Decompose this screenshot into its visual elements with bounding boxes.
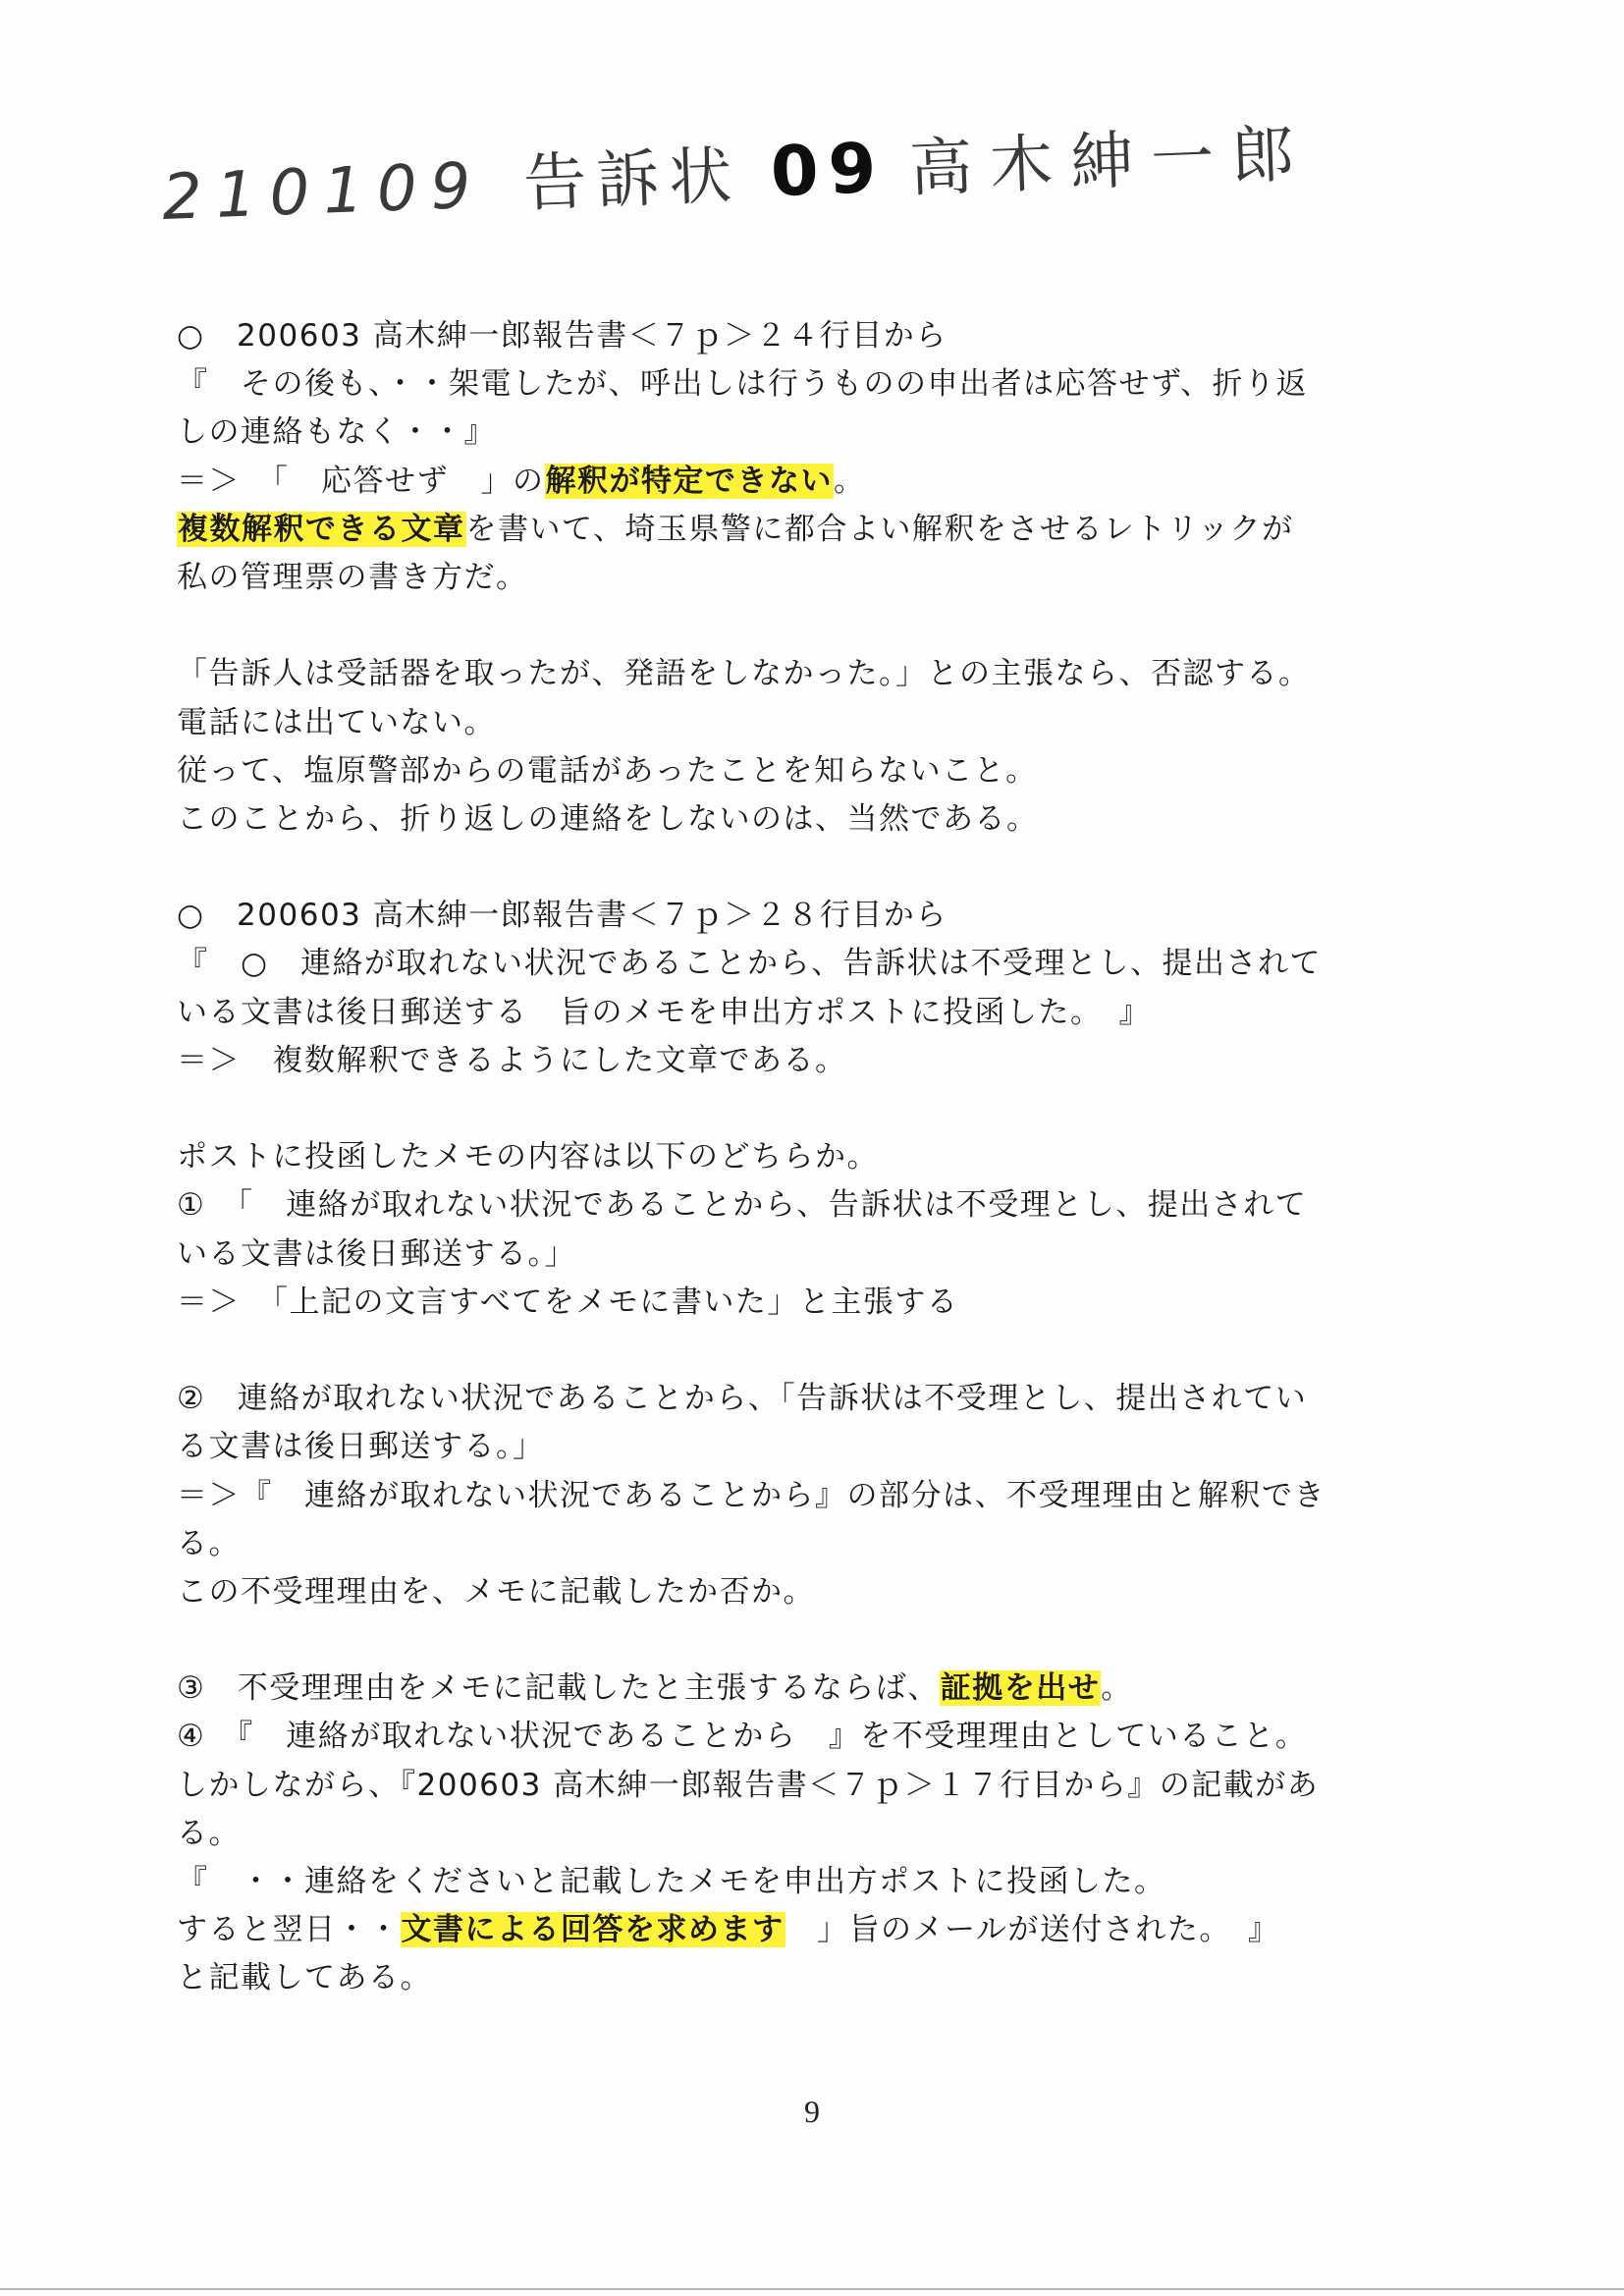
handwritten-title: 210109告訴状09高木紳一郎 bbox=[160, 103, 1313, 238]
text-segment: ○ 200603 高木紳一郎報告書＜７ｐ＞２４行目から bbox=[177, 318, 947, 354]
text-line: 私の管理票の書き方だ。 bbox=[177, 554, 1463, 602]
text-line: 「告訴人は受話器を取ったが、発語をしなかった。」との主張なら、否認する。 bbox=[177, 650, 1463, 698]
text-line: ポストに投函したメモの内容は以下のどちらか。 bbox=[177, 1133, 1463, 1181]
highlighted-text: 証拠を出せ bbox=[940, 1670, 1102, 1706]
text-line: ① 「 連絡が取れない状況であることから、告訴状は不受理とし、提出されて bbox=[177, 1181, 1463, 1230]
text-segment: 。 bbox=[1101, 1670, 1133, 1706]
title-number: 09 bbox=[769, 128, 887, 212]
text-line: この不受理理由を、メモに記載したか否か。 bbox=[177, 1568, 1463, 1616]
text-line: と記載してある。 bbox=[177, 1954, 1463, 2002]
text-segment: しかしながら、『200603 高木紳一郎報告書＜７ｐ＞１７行目から』の記載があ bbox=[177, 1768, 1319, 1803]
blank-line bbox=[177, 1327, 1463, 1375]
text-segment: 。 bbox=[834, 464, 866, 499]
text-segment: このことから、折り返しの連絡をしないのは、当然である。 bbox=[177, 801, 1039, 837]
text-segment: る。 bbox=[177, 1816, 241, 1851]
text-segment: る文書は後日郵送する。」 bbox=[177, 1429, 545, 1464]
document-body: ○ 200603 高木紳一郎報告書＜７ｐ＞２４行目から『 その後も、・・架電した… bbox=[177, 312, 1463, 2003]
title-doc-type: 告訴状 bbox=[522, 139, 743, 220]
blank-line bbox=[177, 1616, 1463, 1665]
text-segment: ＝＞ 「 応答せず 」の bbox=[177, 464, 545, 499]
text-segment: ○ 200603 高木紳一郎報告書＜７ｐ＞２８行目から bbox=[177, 898, 947, 933]
text-segment: 」旨のメールが送付された。 』 bbox=[785, 1912, 1280, 1947]
text-segment: いる文書は後日郵送する。」 bbox=[177, 1236, 576, 1272]
text-line: 電話には出ていない。 bbox=[177, 699, 1463, 747]
text-segment: ④ 『 連絡が取れない状況であることから 』を不受理理由としていること。 bbox=[177, 1719, 1307, 1754]
text-segment: この不受理理由を、メモに記載したか否か。 bbox=[177, 1574, 815, 1610]
text-line: ③ 不受理理由をメモに記載したと主張するならば、証拠を出せ。 bbox=[177, 1665, 1463, 1713]
text-segment: 『 ○ 連絡が取れない状況であることから、告訴状は不受理とし、提出されて bbox=[177, 946, 1322, 981]
text-segment: いる文書は後日郵送する 旨のメモを申出方ポストに投函した。 』 bbox=[177, 995, 1151, 1030]
text-line: ＝＞ 複数解釈できるようにした文章である。 bbox=[177, 1037, 1463, 1085]
scan-edge-line bbox=[0, 2288, 1624, 2290]
text-line: ＝＞ 「上記の文言すべてをメモに書いた」と主張する bbox=[177, 1279, 1463, 1327]
text-line: いる文書は後日郵送する 旨のメモを申出方ポストに投函した。 』 bbox=[177, 989, 1463, 1037]
title-date: 210109 bbox=[161, 149, 486, 235]
highlighted-text: 解釈が特定できない bbox=[545, 464, 835, 499]
text-line: る。 bbox=[177, 1810, 1463, 1858]
text-line: ＝＞ 「 応答せず 」の解釈が特定できない。 bbox=[177, 458, 1463, 506]
text-segment: 従って、塩原警部からの電話があったことを知らないこと。 bbox=[177, 753, 1038, 789]
text-line: る。 bbox=[177, 1520, 1463, 1568]
text-segment: ＝＞ 複数解釈できるようにした文章である。 bbox=[177, 1043, 847, 1078]
text-line: ○ 200603 高木紳一郎報告書＜７ｐ＞２４行目から bbox=[177, 312, 1463, 360]
text-line: 従って、塩原警部からの電話があったことを知らないこと。 bbox=[177, 747, 1463, 795]
text-line: 複数解釈できる文章を書いて、埼玉県警に都合よい解釈をさせるレトリックが bbox=[177, 506, 1463, 554]
blank-line bbox=[177, 1085, 1463, 1133]
text-segment: しの連絡もなく・・』 bbox=[177, 414, 496, 450]
blank-line bbox=[177, 602, 1463, 650]
text-line: ＝＞『 連絡が取れない状況であることから』の部分は、不受理理由と解釈でき bbox=[177, 1472, 1463, 1520]
text-line: しかしながら、『200603 高木紳一郎報告書＜７ｐ＞１７行目から』の記載があ bbox=[177, 1762, 1463, 1810]
document-page: 210109告訴状09高木紳一郎 ○ 200603 高木紳一郎報告書＜７ｐ＞２４… bbox=[0, 0, 1624, 2296]
text-line: しの連絡もなく・・』 bbox=[177, 409, 1463, 457]
text-line: ④ 『 連絡が取れない状況であることから 』を不受理理由としていること。 bbox=[177, 1713, 1463, 1761]
text-segment: 『 その後も、・・架電したが、呼出しは行うものの申出者は応答せず、折り返 bbox=[177, 366, 1308, 402]
text-line: 『 ○ 連絡が取れない状況であることから、告訴状は不受理とし、提出されて bbox=[177, 940, 1463, 988]
text-segment: を書いて、埼玉県警に都合よい解釈をさせるレトリックが bbox=[466, 512, 1294, 547]
text-segment: ③ 不受理理由をメモに記載したと主張するならば、 bbox=[177, 1670, 940, 1706]
text-segment: 私の管理票の書き方だ。 bbox=[177, 560, 528, 595]
text-line: いる文書は後日郵送する。」 bbox=[177, 1230, 1463, 1279]
text-segment: ② 連絡が取れない状況であることから、「告訴状は不受理とし、提出されてい bbox=[177, 1381, 1307, 1416]
blank-line bbox=[177, 844, 1463, 892]
text-line: すると翌日・・文書による回答を求めます 」旨のメールが送付された。 』 bbox=[177, 1906, 1463, 1954]
text-line: る文書は後日郵送する。」 bbox=[177, 1423, 1463, 1471]
text-segment: る。 bbox=[177, 1526, 241, 1561]
text-line: ○ 200603 高木紳一郎報告書＜７ｐ＞２８行目から bbox=[177, 892, 1463, 940]
text-segment: ＝＞ 「上記の文言すべてをメモに書いた」と主張する bbox=[177, 1285, 958, 1320]
text-segment: すると翌日・・ bbox=[177, 1912, 401, 1947]
text-segment: 『 ・・連絡をくださいと記載したメモを申出方ポストに投函した。 bbox=[177, 1864, 1166, 1899]
highlighted-text: 複数解釈できる文章 bbox=[177, 512, 466, 547]
page-number: 9 bbox=[0, 2094, 1624, 2130]
text-segment: ポストに投函したメモの内容は以下のどちらか。 bbox=[177, 1139, 879, 1175]
text-segment: ① 「 連絡が取れない状況であることから、告訴状は不受理とし、提出されて bbox=[177, 1187, 1307, 1223]
title-name: 高木紳一郎 bbox=[908, 118, 1314, 206]
text-segment: ＝＞『 連絡が取れない状況であることから』の部分は、不受理理由と解釈でき bbox=[177, 1478, 1326, 1513]
text-line: 『 ・・連絡をくださいと記載したメモを申出方ポストに投函した。 bbox=[177, 1858, 1463, 1906]
text-line: このことから、折り返しの連絡をしないのは、当然である。 bbox=[177, 795, 1463, 844]
text-segment: 電話には出ていない。 bbox=[177, 705, 496, 740]
text-line: ② 連絡が取れない状況であることから、「告訴状は不受理とし、提出されてい bbox=[177, 1375, 1463, 1423]
text-segment: と記載してある。 bbox=[177, 1960, 432, 1995]
text-segment: 「告訴人は受話器を取ったが、発語をしなかった。」との主張なら、否認する。 bbox=[177, 656, 1311, 691]
highlighted-text: 文書による回答を求めます bbox=[401, 1912, 785, 1947]
text-line: 『 その後も、・・架電したが、呼出しは行うものの申出者は応答せず、折り返 bbox=[177, 360, 1463, 409]
